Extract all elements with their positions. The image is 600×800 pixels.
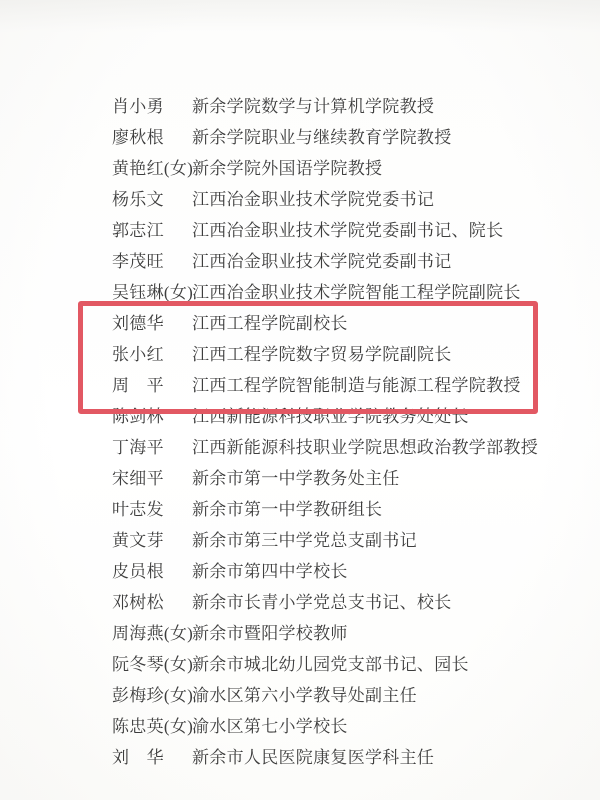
list-item: 皮员根 新余市第四中学校长	[0, 554, 600, 585]
person-name: 李茂旺	[112, 252, 164, 271]
list-item: 黄艳红(女) 新余学院外国语学院教授	[0, 151, 600, 182]
person-title: 新余市长青小学党总支书记、校长	[192, 588, 452, 613]
person-name-cell: 邓树松	[112, 588, 192, 613]
person-name-cell: 叶志发	[112, 495, 192, 520]
person-name: 邓树松	[112, 593, 164, 612]
person-name: 周海燕	[112, 624, 164, 643]
person-name-cell: 周 平	[112, 371, 192, 396]
person-title: 渝水区第六小学教导处副主任	[192, 681, 417, 706]
person-title: 新余市人民医院康复医学科主任	[192, 743, 434, 768]
person-name-cell: 彭梅珍(女)	[112, 681, 192, 706]
person-title: 江西新能源科技职业学院教务处处长	[192, 402, 469, 427]
list-item: 叶志发 新余市第一中学教研组长	[0, 492, 600, 523]
person-title: 江西工程学院数字贸易学院副院长	[192, 340, 452, 365]
person-title: 江西冶金职业技术学院党委副书记、院长	[192, 216, 503, 241]
list-item: 廖秋根 新余学院职业与继续教育学院教授	[0, 120, 600, 151]
list-item: 黄文芽 新余市第三中学党总支副书记	[0, 523, 600, 554]
person-name: 刘 华	[112, 748, 164, 767]
list-item: 吴钰琳(女) 江西冶金职业技术学院智能工程学院副院长	[0, 275, 600, 306]
list-item: 郭志江 江西冶金职业技术学院党委副书记、院长	[0, 213, 600, 244]
person-name: 黄文芽	[112, 531, 164, 550]
person-suffix: (女)	[164, 159, 193, 178]
list-item: 丁海平 江西新能源科技职业学院思想政治教学部教授	[0, 430, 600, 461]
person-title: 江西冶金职业技术学院党委副书记	[192, 247, 452, 272]
person-name-cell: 杨乐文	[112, 185, 192, 210]
person-name-cell: 阮冬琴(女)	[112, 650, 192, 675]
person-name-cell: 郭志江	[112, 216, 192, 241]
person-name-cell: 陈忠英(女)	[112, 712, 192, 737]
list-item: 刘 华 新余市人民医院康复医学科主任	[0, 740, 600, 771]
person-name: 张小红	[112, 345, 164, 364]
person-name: 宋细平	[112, 469, 164, 488]
person-name: 吴钰琳	[112, 283, 164, 302]
person-suffix: (女)	[164, 624, 193, 643]
person-suffix: (女)	[164, 655, 193, 674]
person-name: 肖小勇	[112, 97, 164, 116]
list-item: 宋细平 新余市第一中学教务处主任	[0, 461, 600, 492]
person-title: 新余市城北幼儿园党支部书记、园长	[192, 650, 469, 675]
person-title: 新余市第三中学党总支副书记	[192, 526, 417, 551]
person-name-cell: 黄文芽	[112, 526, 192, 551]
person-name: 郭志江	[112, 221, 164, 240]
person-name: 廖秋根	[112, 128, 164, 147]
person-name: 周 平	[112, 376, 164, 395]
person-title: 新余学院外国语学院教授	[192, 154, 382, 179]
person-name: 丁海平	[112, 438, 164, 457]
person-name-cell: 黄艳红(女)	[112, 154, 192, 179]
person-name-cell: 李茂旺	[112, 247, 192, 272]
person-name: 阮冬琴	[112, 655, 164, 674]
list-item: 陈剑林 江西新能源科技职业学院教务处处长	[0, 399, 600, 430]
person-name-cell: 廖秋根	[112, 123, 192, 148]
list-item: 阮冬琴(女) 新余市城北幼儿园党支部书记、园长	[0, 647, 600, 678]
person-name: 陈忠英	[112, 717, 164, 736]
person-name: 杨乐文	[112, 190, 164, 209]
person-title: 江西工程学院智能制造与能源工程学院教授	[192, 371, 521, 396]
person-name: 黄艳红	[112, 159, 164, 178]
list-item: 周 平 江西工程学院智能制造与能源工程学院教授	[0, 368, 600, 399]
person-name-cell: 刘德华	[112, 309, 192, 334]
person-title: 江西工程学院副校长	[192, 309, 348, 334]
list-item: 杨乐文 江西冶金职业技术学院党委书记	[0, 182, 600, 213]
list-item: 李茂旺 江西冶金职业技术学院党委副书记	[0, 244, 600, 275]
person-title: 新余市第一中学教务处主任	[192, 464, 400, 489]
list-item: 刘德华 江西工程学院副校长	[0, 306, 600, 337]
person-title: 新余学院数学与计算机学院教授	[192, 92, 434, 117]
person-title: 江西冶金职业技术学院党委书记	[192, 185, 434, 210]
person-name-cell: 刘 华	[112, 743, 192, 768]
person-name-cell: 肖小勇	[112, 92, 192, 117]
name-list: 肖小勇 新余学院数学与计算机学院教授 廖秋根 新余学院职业与继续教育学院教授 黄…	[0, 89, 600, 771]
person-name: 皮员根	[112, 562, 164, 581]
person-suffix: (女)	[164, 717, 193, 736]
person-name: 彭梅珍	[112, 686, 164, 705]
person-title: 新余学院职业与继续教育学院教授	[192, 123, 452, 148]
person-name-cell: 陈剑林	[112, 402, 192, 427]
person-name-cell: 周海燕(女)	[112, 619, 192, 644]
person-name: 刘德华	[112, 314, 164, 333]
person-name-cell: 吴钰琳(女)	[112, 278, 192, 303]
person-title: 江西冶金职业技术学院智能工程学院副院长	[192, 278, 521, 303]
person-title: 新余市暨阳学校教师	[192, 619, 348, 644]
list-item: 邓树松 新余市长青小学党总支书记、校长	[0, 585, 600, 616]
list-item: 张小红 江西工程学院数字贸易学院副院长	[0, 337, 600, 368]
person-title: 渝水区第七小学校长	[192, 712, 348, 737]
document-page: 肖小勇 新余学院数学与计算机学院教授 廖秋根 新余学院职业与继续教育学院教授 黄…	[0, 0, 600, 800]
person-name: 叶志发	[112, 500, 164, 519]
person-name-cell: 宋细平	[112, 464, 192, 489]
person-title: 新余市第四中学校长	[192, 557, 348, 582]
person-name-cell: 丁海平	[112, 433, 192, 458]
list-item: 彭梅珍(女) 渝水区第六小学教导处副主任	[0, 678, 600, 709]
list-item: 陈忠英(女) 渝水区第七小学校长	[0, 709, 600, 740]
person-title: 新余市第一中学教研组长	[192, 495, 382, 520]
list-item: 肖小勇 新余学院数学与计算机学院教授	[0, 89, 600, 120]
person-suffix: (女)	[164, 686, 193, 705]
person-name: 陈剑林	[112, 407, 164, 426]
person-name-cell: 皮员根	[112, 557, 192, 582]
person-name-cell: 张小红	[112, 340, 192, 365]
person-title: 江西新能源科技职业学院思想政治教学部教授	[192, 433, 538, 458]
person-suffix: (女)	[164, 283, 193, 302]
list-item: 周海燕(女) 新余市暨阳学校教师	[0, 616, 600, 647]
